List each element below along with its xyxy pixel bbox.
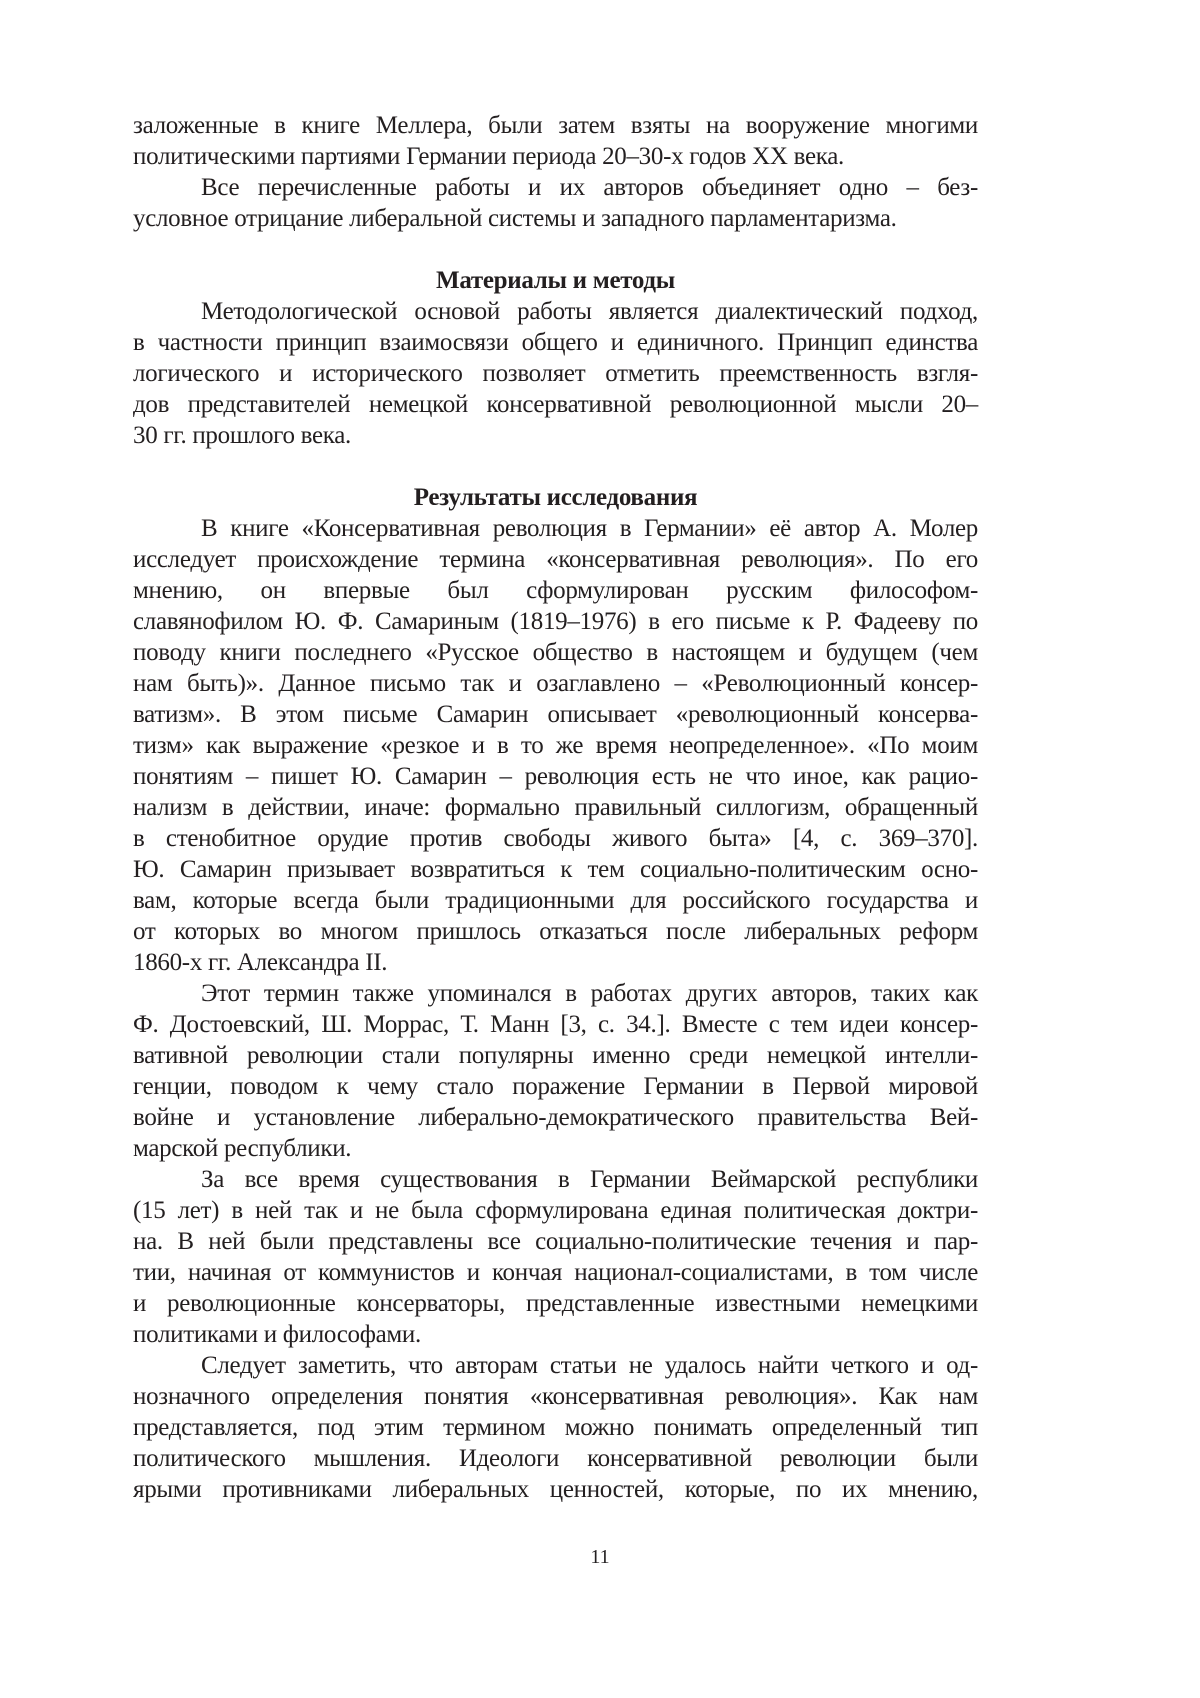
text-line: Методологической основой работы является… <box>133 296 978 327</box>
text-line: мнению, он впервые был сформулирован рус… <box>133 575 978 606</box>
paragraph: Методологической основой работы является… <box>133 296 978 451</box>
paragraph: За все время существования в Германии Ве… <box>133 1164 978 1350</box>
paragraph: Этот термин также упоминался в работах д… <box>133 978 978 1164</box>
text-line: представляется, под этим термином можно … <box>133 1412 978 1443</box>
text-line: 30 гг. прошлого века. <box>133 420 978 451</box>
section-heading-results: Результаты исследования <box>133 482 978 513</box>
text-line: За все время существования в Германии Ве… <box>133 1164 978 1195</box>
text-line: тизм» как выражение «резкое и в то же вр… <box>133 730 978 761</box>
section-gap <box>133 234 978 265</box>
text-line: политиками и философами. <box>133 1319 978 1350</box>
text-line: нам быть)». Данное письмо так и озаглавл… <box>133 668 978 699</box>
text-line: Этот термин также упоминался в работах д… <box>133 978 978 1009</box>
paragraph-continuation: заложенные в книге Меллера, были затем в… <box>133 110 978 172</box>
text-line: Ф. Достоевский, Ш. Моррас, Т. Манн [3, с… <box>133 1009 978 1040</box>
text-line: вативной революции стали популярны именн… <box>133 1040 978 1071</box>
text-line: логического и исторического позволяет от… <box>133 358 978 389</box>
paragraph: Следует заметить, что авторам статьи не … <box>133 1350 978 1505</box>
text-line: вам, которые всегда были традиционными д… <box>133 885 978 916</box>
text-line: Ю. Самарин призывает возвратиться к тем … <box>133 854 978 885</box>
section-gap <box>133 451 978 482</box>
text-line: генции, поводом к чему стало поражение Г… <box>133 1071 978 1102</box>
text-line: и революционные консерваторы, представле… <box>133 1288 978 1319</box>
text-line: Все перечисленные работы и их авторов об… <box>133 172 978 203</box>
text-line: от которых во многом пришлось отказаться… <box>133 916 978 947</box>
page-number: 11 <box>0 1545 1200 1569</box>
text-line: тии, начиная от коммунистов и кончая нац… <box>133 1257 978 1288</box>
text-line: ватизм». В этом письме Самарин описывает… <box>133 699 978 730</box>
text-line: политического мышления. Идеологи консерв… <box>133 1443 978 1474</box>
text-line: марской республики. <box>133 1133 978 1164</box>
paragraph: Все перечисленные работы и их авторов об… <box>133 172 978 234</box>
text-line: политическими партиями Германии периода … <box>133 141 978 172</box>
text-line: в частности принцип взаимосвязи общего и… <box>133 327 978 358</box>
text-line: нозначного определения понятия «консерва… <box>133 1381 978 1412</box>
text-line: условное отрицание либеральной системы и… <box>133 203 978 234</box>
text-line: дов представителей немецкой консервативн… <box>133 389 978 420</box>
paragraph: В книге «Консервативная революция в Герм… <box>133 513 978 978</box>
text-line: 1860-х гг. Александра II. <box>133 947 978 978</box>
text-line: (15 лет) в ней так и не была сформулиров… <box>133 1195 978 1226</box>
text-line: нализм в действии, иначе: формально прав… <box>133 792 978 823</box>
text-line: в стенобитное орудие против свободы живо… <box>133 823 978 854</box>
page-body: заложенные в книге Меллера, были затем в… <box>133 110 978 1505</box>
text-line: Следует заметить, что авторам статьи не … <box>133 1350 978 1381</box>
text-line: ярыми противниками либеральных ценностей… <box>133 1474 978 1505</box>
text-line: заложенные в книге Меллера, были затем в… <box>133 110 978 141</box>
text-line: славянофилом Ю. Ф. Самариным (1819–1976)… <box>133 606 978 637</box>
text-line: на. В ней были представлены все социальн… <box>133 1226 978 1257</box>
text-line: понятиям – пишет Ю. Самарин – революция … <box>133 761 978 792</box>
text-line: В книге «Консервативная революция в Герм… <box>133 513 978 544</box>
text-line: поводу книги последнего «Русское обществ… <box>133 637 978 668</box>
text-line: исследует происхождение термина «консерв… <box>133 544 978 575</box>
section-heading-materials-methods: Материалы и методы <box>133 265 978 296</box>
text-line: войне и установление либерально-демократ… <box>133 1102 978 1133</box>
